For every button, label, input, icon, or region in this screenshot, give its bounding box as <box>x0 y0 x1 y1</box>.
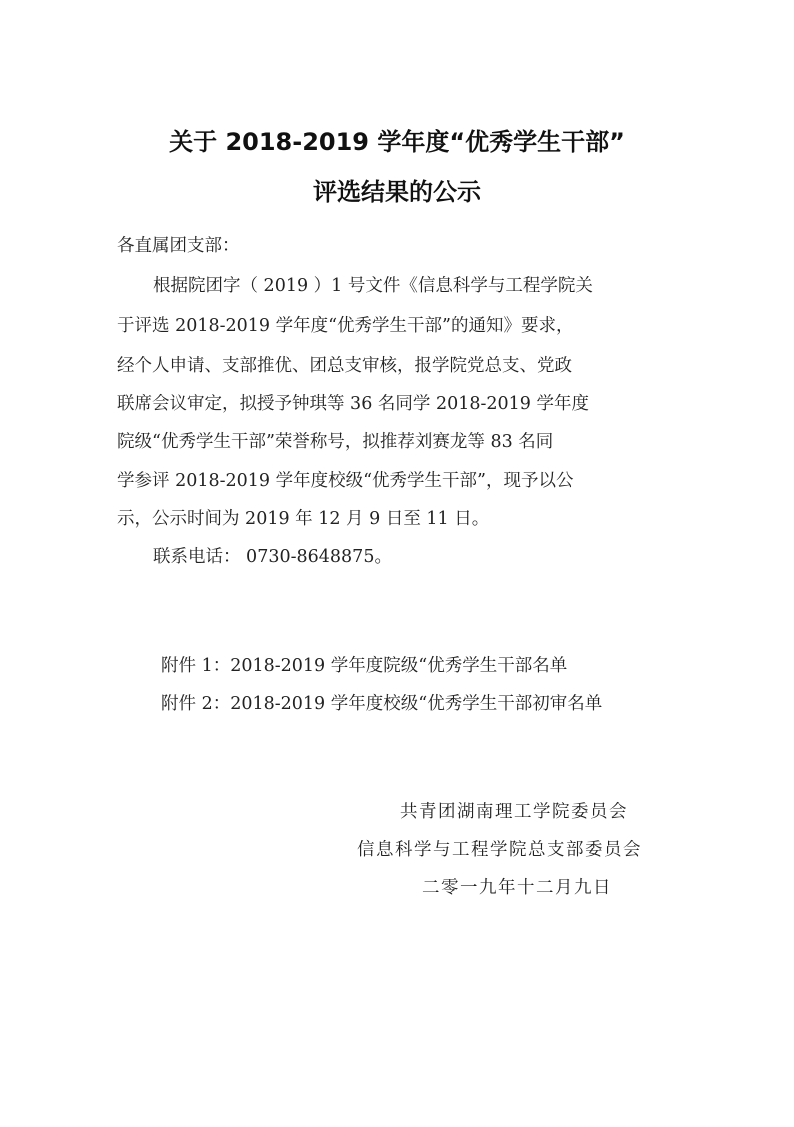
body-line: 示，公示时间为 2019 年 12 月 9 日至 11 日。 <box>117 505 489 530</box>
salutation: 各直属团支部： <box>117 232 240 257</box>
signature-org-2: 信息科学与工程学院总支部委员会 <box>357 836 642 861</box>
signature-date: 二零一九年十二月九日 <box>422 874 612 899</box>
signature-org-1: 共青团湖南理工学院委员会 <box>400 798 628 823</box>
attachment-item-1: 附件 1：2018-2019 学年度院级“优秀学生干部名单 <box>161 652 567 677</box>
body-line: 根据院团字（ 2019 ）1 号文件《信息科学与工程学院关 <box>153 272 593 297</box>
body-line: 学参评 2018-2019 学年度校级“优秀学生干部”，现予以公 <box>117 467 574 492</box>
body-line: 院级“优秀学生干部”荣誉称号，拟推荐刘赛龙等 83 名同 <box>117 428 553 453</box>
document-title-line2: 评选结果的公示 <box>0 172 794 207</box>
body-line: 于评选 2018-2019 学年度“优秀学生干部”的通知》要求， <box>117 312 574 337</box>
contact-phone: 联系电话： 0730-8648875。 <box>153 543 392 568</box>
attachment-item-2: 附件 2：2018-2019 学年度校级“优秀学生干部初审名单 <box>161 690 602 715</box>
body-line: 经个人申请、支部推优、团总支审核，报学院党总支、党政 <box>117 352 572 377</box>
document-title-line1: 关于 2018-2019 学年度“优秀学生干部” <box>0 122 794 157</box>
body-line: 联席会议审定，拟授予钟琪等 36 名同学 2018-2019 学年度 <box>117 390 589 415</box>
